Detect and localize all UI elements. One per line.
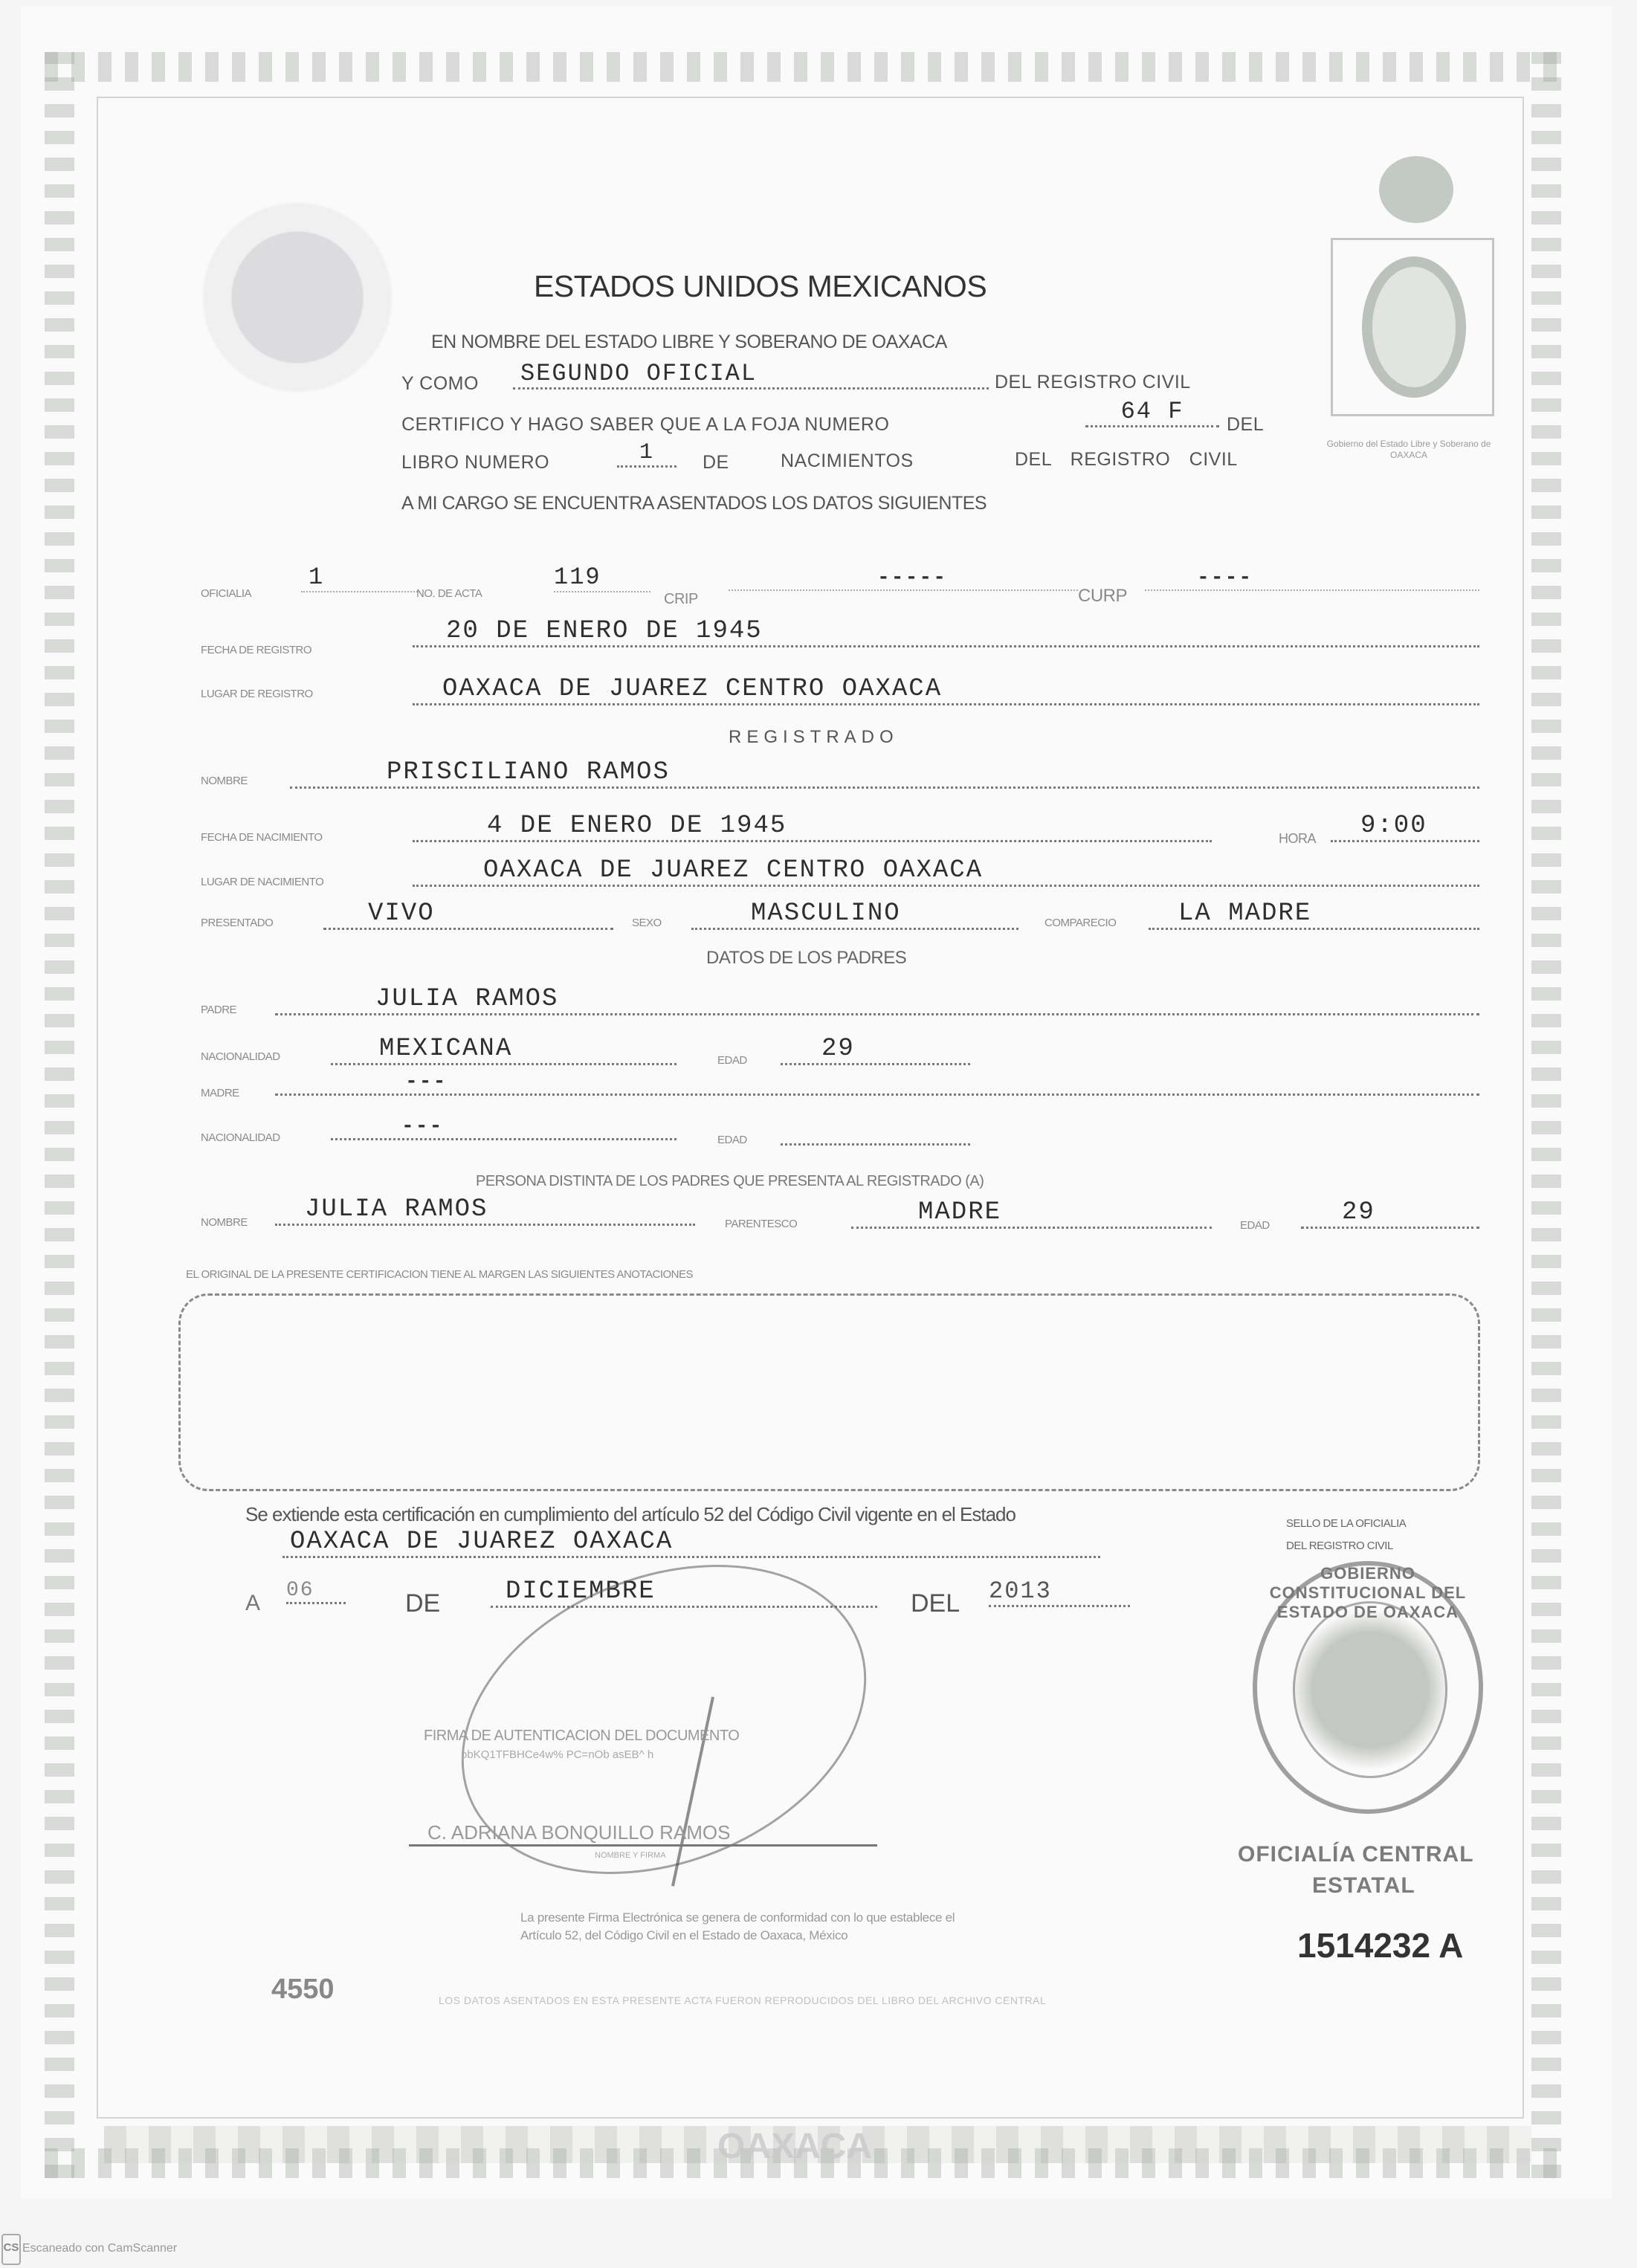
state-seal-caption: Gobierno del Estado Libre y Soberano de … bbox=[1312, 439, 1505, 461]
control-number: 4550 bbox=[271, 1974, 335, 2006]
lugar-nacimiento-value: OAXACA DE JUAREZ CENTRO OAXACA bbox=[413, 856, 1479, 887]
fecha-registro-label: FECHA DE REGISTRO bbox=[201, 644, 311, 656]
libro-value: 1 bbox=[617, 440, 677, 468]
country-title: ESTADOS UNIDOS MEXICANOS bbox=[534, 269, 987, 304]
acta-label: No. DE ACTA bbox=[416, 587, 482, 600]
header-line-4-prefix: LIBRO NUMERO bbox=[401, 452, 549, 474]
parentesco-value: MADRE bbox=[851, 1198, 1212, 1229]
lugar-nacimiento-label: LUGAR DE NACIMIENTO bbox=[201, 876, 323, 888]
madre-value: --- bbox=[275, 1070, 1479, 1096]
header-line-4-de: DE bbox=[703, 452, 729, 474]
sello-caption-line-2: DEL REGISTRO CIVIL bbox=[1286, 1535, 1406, 1557]
header-line-1: EN NOMBRE DEL ESTADO LIBRE Y SOBERANO DE… bbox=[431, 332, 947, 353]
edad-2-value bbox=[781, 1115, 970, 1146]
anotaciones-label: EL ORIGINAL DE LA PRESENTE CERTIFICACION… bbox=[186, 1268, 693, 1281]
nacionalidad-1-value: MEXICANA bbox=[331, 1035, 677, 1065]
crip-label: CRIP bbox=[664, 591, 698, 608]
header-line-3-prefix: CERTIFICO Y HAGO SABER QUE A LA FOJA NUM… bbox=[401, 414, 889, 436]
certification-day: 06 bbox=[286, 1579, 346, 1604]
nacionalidad-2-label: NACIONALIDAD bbox=[201, 1131, 280, 1144]
shield-oval-icon bbox=[1362, 256, 1466, 398]
presentado-label: PRESENTADO bbox=[201, 917, 273, 929]
foja-value: 64 F bbox=[1085, 398, 1219, 427]
stamp-eagle-icon bbox=[1293, 1601, 1447, 1778]
firma-label: FIRMA DE AUTENTICACION DEL DOCUMENTO bbox=[424, 1728, 739, 1745]
certification-year: 2013 bbox=[989, 1577, 1130, 1607]
header-line-3-suffix: DEL bbox=[1227, 414, 1264, 436]
nacionalidad-1-label: NACIONALIDAD bbox=[201, 1050, 280, 1063]
padres-heading: DATOS DE LOS PADRES bbox=[706, 948, 906, 969]
firma-hash: pbKQ1TFBHCe4w% PC=nOb asEB^ h bbox=[461, 1748, 653, 1761]
certification-place: OAXACA DE JUAREZ OAXACA bbox=[282, 1528, 1100, 1558]
crip-value: ----- bbox=[729, 566, 1078, 591]
acta-value: 119 bbox=[554, 563, 650, 592]
curp-label: CURP bbox=[1078, 586, 1127, 607]
lugar-registro-value: OAXACA DE JUAREZ CENTRO OAXACA bbox=[413, 675, 1479, 705]
comparecio-value: LA MADRE bbox=[1149, 899, 1479, 930]
fecha-registro-value: 20 DE ENERO DE 1945 bbox=[413, 617, 1479, 647]
sexo-value: MASCULINO bbox=[691, 899, 1018, 930]
edad-1-value: 29 bbox=[781, 1035, 970, 1065]
presentante-heading: PERSONA DISTINTA DE LOS PADRES QUE PRESE… bbox=[476, 1173, 984, 1190]
date-del-label: DEL bbox=[911, 1589, 960, 1618]
oficialia-label: OFICIALIA bbox=[201, 587, 251, 600]
sello-caption-line-1: SELLO DE LA OFICIALIA bbox=[1286, 1513, 1406, 1535]
legal-note-line-1: La presente Firma Electrónica se genera … bbox=[520, 1909, 955, 1927]
madre-label: MADRE bbox=[201, 1087, 239, 1099]
certification-statement: Se extiende esta certificación en cumpli… bbox=[245, 1503, 1016, 1526]
presentante-edad-value: 29 bbox=[1301, 1198, 1479, 1229]
legal-note-line-2: Artículo 52, del Código Civil en el Esta… bbox=[520, 1927, 955, 1945]
sexo-label: SEXO bbox=[632, 917, 662, 929]
legal-note: La presente Firma Electrónica se genera … bbox=[520, 1909, 955, 1945]
comparecio-label: COMPARECIO bbox=[1044, 917, 1116, 929]
oficialia-value: 1 bbox=[301, 563, 420, 592]
lugar-registro-label: LUGAR DE REGISTRO bbox=[201, 688, 313, 700]
presentado-value: VIVO bbox=[323, 899, 613, 930]
presentante-edad-label: EDAD bbox=[1240, 1219, 1270, 1232]
header-line-2-prefix: Y COMO bbox=[401, 373, 479, 395]
fecha-nacimiento-value: 4 DE ENERO DE 1945 bbox=[413, 812, 1212, 842]
nacionalidad-2-value: --- bbox=[331, 1115, 677, 1140]
nombre-label: NOMBRE bbox=[201, 775, 248, 787]
stamp-ring-text: GOBIERNO CONSTITUCIONAL DEL ESTADO DE OA… bbox=[1257, 1564, 1479, 1622]
eagle-crest-icon bbox=[1379, 156, 1453, 223]
oaxaca-watermark: OAXACA bbox=[717, 2126, 872, 2167]
camscanner-logo-icon: CS bbox=[1, 2234, 21, 2265]
hora-label: HORA bbox=[1279, 831, 1316, 847]
oficina-line-1: OFICIALÍA CENTRAL bbox=[1238, 1842, 1474, 1867]
hora-value: 9:00 bbox=[1331, 812, 1479, 842]
registrado-heading: REGISTRADO bbox=[729, 727, 899, 748]
padre-value: JULIA RAMOS bbox=[275, 985, 1479, 1015]
header-line-2-suffix: DEL REGISTRO CIVIL bbox=[995, 372, 1191, 393]
firmante-caption: NOMBRE Y FIRMA bbox=[595, 1851, 666, 1860]
date-a-label: A bbox=[245, 1591, 260, 1616]
camscanner-text: Escaneado con CamScanner bbox=[22, 2242, 177, 2255]
oaxaca-coat-of-arms-icon bbox=[1323, 156, 1509, 416]
folio-number: 1514232 A bbox=[1297, 1925, 1463, 1965]
parentesco-label: PARENTESCO bbox=[725, 1218, 797, 1230]
official-stamp-icon: GOBIERNO CONSTITUCIONAL DEL ESTADO DE OA… bbox=[1253, 1561, 1483, 1814]
edad-2-label: EDAD bbox=[717, 1134, 747, 1146]
edad-1-label: EDAD bbox=[717, 1054, 747, 1067]
presentante-nombre-label: NOMBRE bbox=[201, 1216, 248, 1229]
firmante-name: C. ADRIANA BONQUILLO RAMOS bbox=[409, 1821, 877, 1847]
date-de-label: DE bbox=[405, 1589, 440, 1618]
padre-label: PADRE bbox=[201, 1004, 236, 1016]
footer-band-text: LOS DATOS ASENTADOS EN ESTA PRESENTE ACT… bbox=[439, 1994, 1046, 2006]
curp-value: ---- bbox=[1145, 566, 1479, 591]
oficina-line-2: ESTATAL bbox=[1312, 1873, 1415, 1899]
fecha-nacimiento-label: FECHA DE NACIMIENTO bbox=[201, 831, 323, 844]
header-line-4-suffix: DEL REGISTRO CIVIL bbox=[1015, 449, 1238, 471]
nombre-value: PRISCILIANO RAMOS bbox=[290, 758, 1479, 789]
anotaciones-box bbox=[178, 1293, 1480, 1491]
sello-caption: SELLO DE LA OFICIALIA DEL REGISTRO CIVIL bbox=[1286, 1513, 1406, 1557]
national-coat-of-arms-icon bbox=[186, 190, 409, 405]
header-line-5: A MI CARGO SE ENCUENTRA ASENTADOS LOS DA… bbox=[401, 493, 987, 514]
header-line-4-type: NACIMIENTOS bbox=[781, 450, 914, 472]
presentante-nombre-value: JULIA RAMOS bbox=[275, 1195, 695, 1226]
oficial-value: SEGUNDO OFICIAL bbox=[513, 360, 989, 390]
